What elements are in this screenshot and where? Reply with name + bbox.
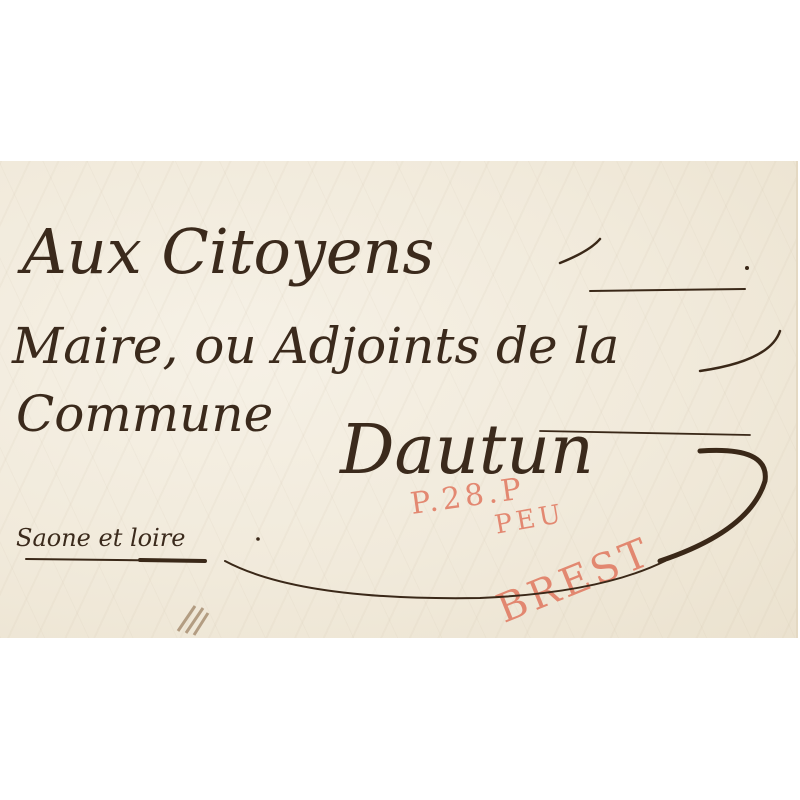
flourish <box>700 331 780 371</box>
postmark: P.28.P PEU BREST <box>408 471 659 632</box>
place-flourish <box>660 450 765 561</box>
handwritten-address: Aux Citoyens Maire, ou Adjoints de la Co… <box>11 215 780 635</box>
address-line3-prefix: Commune <box>16 385 273 443</box>
department-label: Saone et loire <box>16 524 185 552</box>
ink-dot <box>745 266 749 270</box>
underline-stroke <box>590 289 745 291</box>
department-underline-heavy <box>140 560 205 561</box>
letter-cover: P.28.P PEU BREST Aux Citoyens Maire, ou … <box>0 161 798 638</box>
ink-smudge <box>178 606 208 635</box>
address-line1: Aux Citoyens <box>17 215 434 288</box>
address-line2: Maire, ou Adjoints de la <box>11 317 619 375</box>
address-place: Dautun <box>338 411 594 490</box>
flourish <box>560 239 600 263</box>
cover-artwork: P.28.P PEU BREST Aux Citoyens Maire, ou … <box>0 161 796 638</box>
postmark-line3: BREST <box>491 529 659 633</box>
ink-dot <box>256 537 260 541</box>
